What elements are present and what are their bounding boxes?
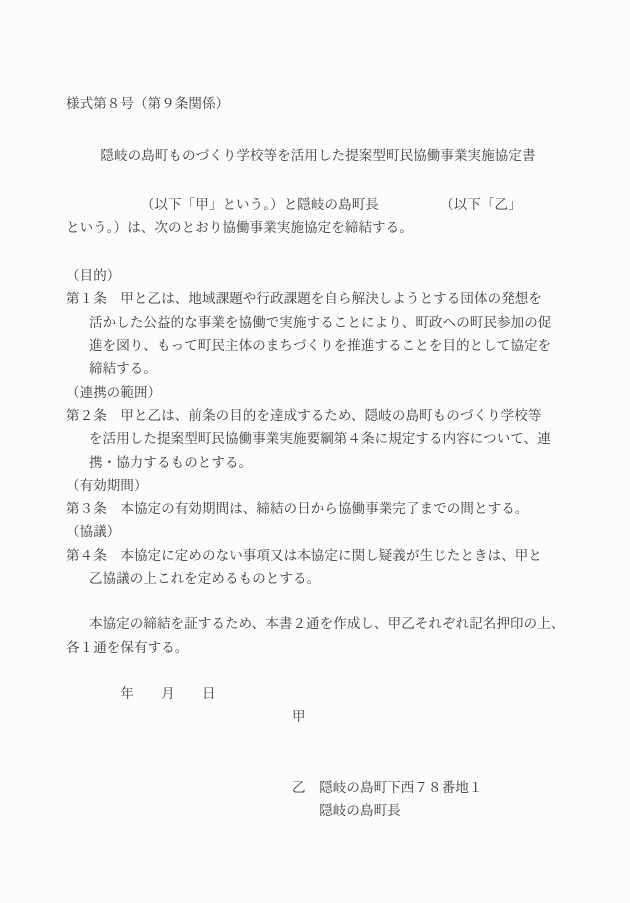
signature-block: 年 月 日 甲 乙 隠岐の島町下西７８番地１ 隠岐の島町長 [66, 682, 570, 822]
article-heading: （連携の範囲） [66, 381, 570, 404]
party-kou-label: 甲 [292, 705, 570, 728]
article-heading: （協議） [66, 520, 570, 543]
preamble: （以下「甲」という。）と隠岐の島町長 （以下「乙」 という。）は、次のとおり協働… [66, 193, 570, 240]
date-fill-in-line: 年 月 日 [66, 682, 570, 705]
document-page: 様式第８号（第９条関係） 隠岐の島町ものづくり学校等を活用した提案型町民協働事業… [0, 0, 630, 903]
article-1-purpose: （目的） 第１条 甲と乙は、地域課題や行政課題を自ら解決しようとする団体の発想を… [66, 264, 570, 380]
party-otsu-address: 乙 隠岐の島町下西７８番地１ [292, 776, 570, 799]
article-heading: （目的） [66, 264, 570, 287]
article-2-scope: （連携の範囲） 第２条 甲と乙は、前条の目的を達成するため、隠岐の島町ものづくり… [66, 381, 570, 474]
closing-statement: 本協定の締結を証するため、本書２通を作成し、甲乙それぞれ記名押印の上、 各１通を… [66, 612, 570, 659]
preamble-line-2: という。）は、次のとおり協働事業実施協定を締結する。 [66, 216, 570, 239]
article-body-line: 携・協力するものとする。 [66, 451, 570, 474]
article-body-line: 第３条 本協定の有効期間は、締結の日から協働事業完了までの間とする。 [66, 497, 570, 520]
article-body-line: 活かした公益的な事業を協働で実施することにより、町政への町民参加の促 [66, 311, 570, 334]
article-4-consultation: （協議） 第４条 本協定に定めのない事項又は本協定に関し疑義が生じたときは、甲と… [66, 520, 570, 590]
closing-line-1: 本協定の締結を証するため、本書２通を作成し、甲乙それぞれ記名押印の上、 [66, 612, 570, 635]
party-otsu-title: 隠岐の島町長 [292, 799, 570, 822]
closing-line-2: 各１通を保有する。 [66, 636, 570, 659]
article-body-line: 乙協議の上これを定めるものとする。 [66, 567, 570, 590]
article-body-line: を活用した提案型町民協働事業実施要綱第４条に規定する内容について、連 [66, 427, 570, 450]
article-body-line: 締結する。 [66, 357, 570, 380]
article-body-line: 第１条 甲と乙は、地域課題や行政課題を自ら解決しようとする団体の発想を [66, 287, 570, 310]
document-title: 隠岐の島町ものづくり学校等を活用した提案型町民協働事業実施協定書 [66, 144, 570, 167]
article-3-term: （有効期間） 第３条 本協定の有効期間は、締結の日から協働事業完了までの間とする… [66, 474, 570, 521]
article-body-line: 第２条 甲と乙は、前条の目的を達成するため、隠岐の島町ものづくり学校等 [66, 404, 570, 427]
article-heading: （有効期間） [66, 474, 570, 497]
form-number: 様式第８号（第９条関係） [66, 92, 570, 115]
article-body-line: 第４条 本協定に定めのない事項又は本協定に関し疑義が生じたときは、甲と [66, 544, 570, 567]
preamble-line-1: （以下「甲」という。）と隠岐の島町長 （以下「乙」 [66, 193, 570, 216]
article-body-line: 進を図り、もって町民主体のまちづくりを推進することを目的として協定を [66, 334, 570, 357]
